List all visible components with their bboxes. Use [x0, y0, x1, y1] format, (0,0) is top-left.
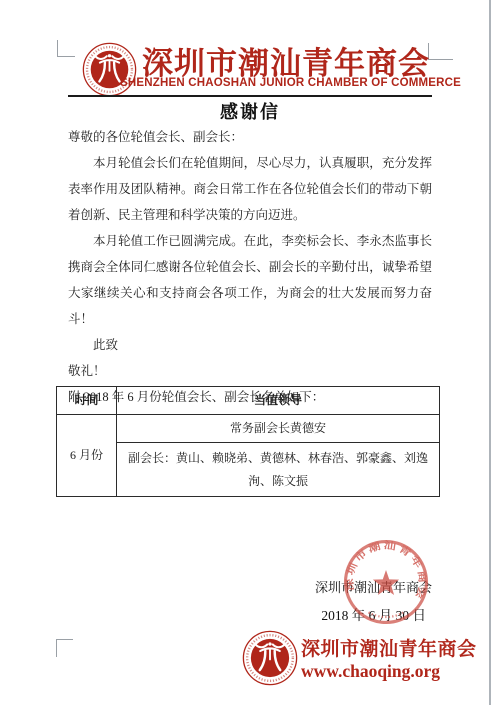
duty-roster-table: 时间 当值领导 6 月份 常务副会长黄德安 副会长：黄山、赖晓弟、黄德林、林春浩… [56, 386, 440, 497]
cell-month: 6 月份 [57, 415, 117, 497]
header-divider [68, 95, 432, 97]
table-row: 6 月份 常务副会长黄德安 [57, 415, 440, 443]
margin-mark-bottom-left [56, 639, 73, 657]
signature-org: 深圳市潮汕青年商会 [315, 577, 432, 596]
closing-cizhi: 此致 [68, 332, 432, 358]
footer-org-name: 深圳市潮汕青年商会 [301, 639, 471, 661]
letter-body: 尊敬的各位轮值会长、副会长： 本月轮值会长们在轮值期间，尽心尽力，认真履职，充分… [68, 124, 432, 410]
cell-executive-vp: 常务副会长黄德安 [117, 415, 440, 443]
paragraph-2: 本月轮值工作已圆满完成。在此，李奕标会长、李永杰监事长携商会全体同仁感谢各位轮值… [68, 228, 432, 332]
salutation: 尊敬的各位轮值会长、副会长： [68, 124, 432, 150]
table-header-row: 时间 当值领导 [57, 387, 440, 415]
signature-date: 2018 年 6 月 30 日 [321, 604, 426, 624]
footer: 深圳市潮汕青年商会 www.chaoqing.org [301, 639, 471, 681]
letter-page: 深圳市潮汕青年商会 SHENZHEN CHAOSHAN JUNIOR CHAMB… [0, 0, 500, 705]
footer-website: www.chaoqing.org [301, 661, 471, 681]
closing-jingli: 敬礼！ [68, 358, 432, 384]
cell-vice-presidents: 副会长：黄山、赖晓弟、黄德林、林春浩、郭豪鑫、刘逸洵、陈文振 [117, 443, 440, 497]
paragraph-1: 本月轮值会长们在轮值期间，尽心尽力，认真履职，充分发挥表率作用及团队精神。商会日… [68, 150, 432, 228]
org-title-en: SHENZHEN CHAOSHAN JUNIOR CHAMBER OF COMM… [120, 77, 450, 89]
letter-title: 感谢信 [0, 98, 500, 124]
col-header-leader: 当值领导 [117, 387, 440, 415]
col-header-time: 时间 [57, 387, 117, 415]
margin-mark-top-left [57, 40, 75, 57]
footer-logo-icon [242, 630, 298, 686]
